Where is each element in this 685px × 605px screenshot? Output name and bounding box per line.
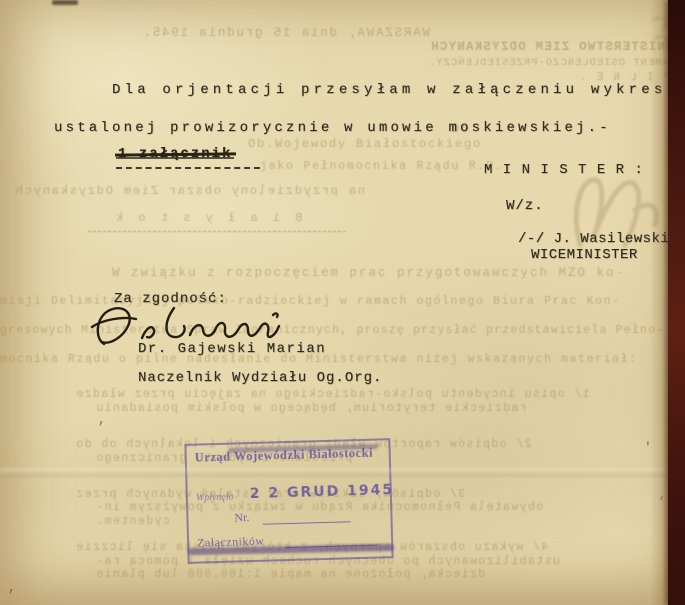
- stamp-received-label: Wpłynęło: [196, 492, 234, 504]
- stamp-received-date: 2 2 GRUD 1945: [250, 482, 395, 502]
- stray-ink-mark: ,: [98, 412, 106, 427]
- bleedthrough-address-line-1: Ob.Wojewody Białostockiego: [248, 137, 482, 151]
- signed-title: WICEMINISTER: [531, 247, 638, 263]
- scanned-document-page: WARSZAWA, dnia 15 grudnia 1945. MINISTER…: [0, 0, 685, 605]
- body-line-1: Dla orjentacji przesyłam w załączeniu wy…: [112, 82, 685, 98]
- certifier-name: Dr. Gajewski Marian: [138, 341, 326, 357]
- binding-edge: [668, 0, 685, 605]
- dashed-underline: [116, 167, 260, 169]
- bleedthrough-list-item: cydentem.: [95, 515, 170, 528]
- bleedthrough-address-line-2: jako Pełnomocnika Rządu R.P.: [260, 160, 504, 173]
- bleedthrough-list-item: 1/ opisu incydentu polsko-radzieckiego n…: [75, 388, 590, 401]
- bleedthrough-ministry-line: MINISTERSTWO ZIEM ODZYSKANYCH: [430, 40, 682, 54]
- bleedthrough-list-item: dziecka, położone na mapie 1:100.000 lub…: [95, 568, 485, 581]
- bleedthrough-city-heading: B i a ł y s t o k: [112, 211, 302, 225]
- bleedthrough-list-item: radzieckie terytorium, będącego w polski…: [95, 402, 527, 415]
- stray-ink-mark: ,: [8, 580, 16, 595]
- crossed-out-attachment-note: 1 załącznik: [118, 146, 232, 162]
- strikethrough-line: [116, 157, 234, 159]
- certifier-title: Naczelnik Wydziału Og.Org.: [138, 370, 382, 386]
- horizontal-fold-crease: [0, 468, 685, 477]
- wz-label: W/z.: [506, 198, 544, 214]
- bleedthrough-address-line-3: na przydzielony obszar Ziem Odzyskanych: [14, 184, 365, 198]
- bleedthrough-dashed-rule: [88, 231, 346, 232]
- body-line-2: ustalonej prowizorycznie w umowie moskie…: [54, 120, 611, 136]
- bleedthrough-date-line: WARSZAWA, dnia 15 grudnia 1945.: [70, 26, 430, 40]
- stamp-number-blank-line: [263, 521, 351, 524]
- signed-name: /-/ J. Wasilewski: [518, 231, 669, 247]
- bleedthrough-department-line: DEPARTAMENT OSIEDLEŃCZO-PRZESIEDLEŃCZY.: [428, 57, 685, 69]
- top-edge-smudge: [52, 0, 78, 5]
- bleedthrough-body-line-1: W związku z rozpoczęciem prac przygotowa…: [112, 266, 625, 280]
- minister-label: M I N I S T E R :: [484, 162, 644, 178]
- page-edge-shadow: [650, 0, 670, 605]
- stamp-number-label: Nr.: [234, 510, 249, 525]
